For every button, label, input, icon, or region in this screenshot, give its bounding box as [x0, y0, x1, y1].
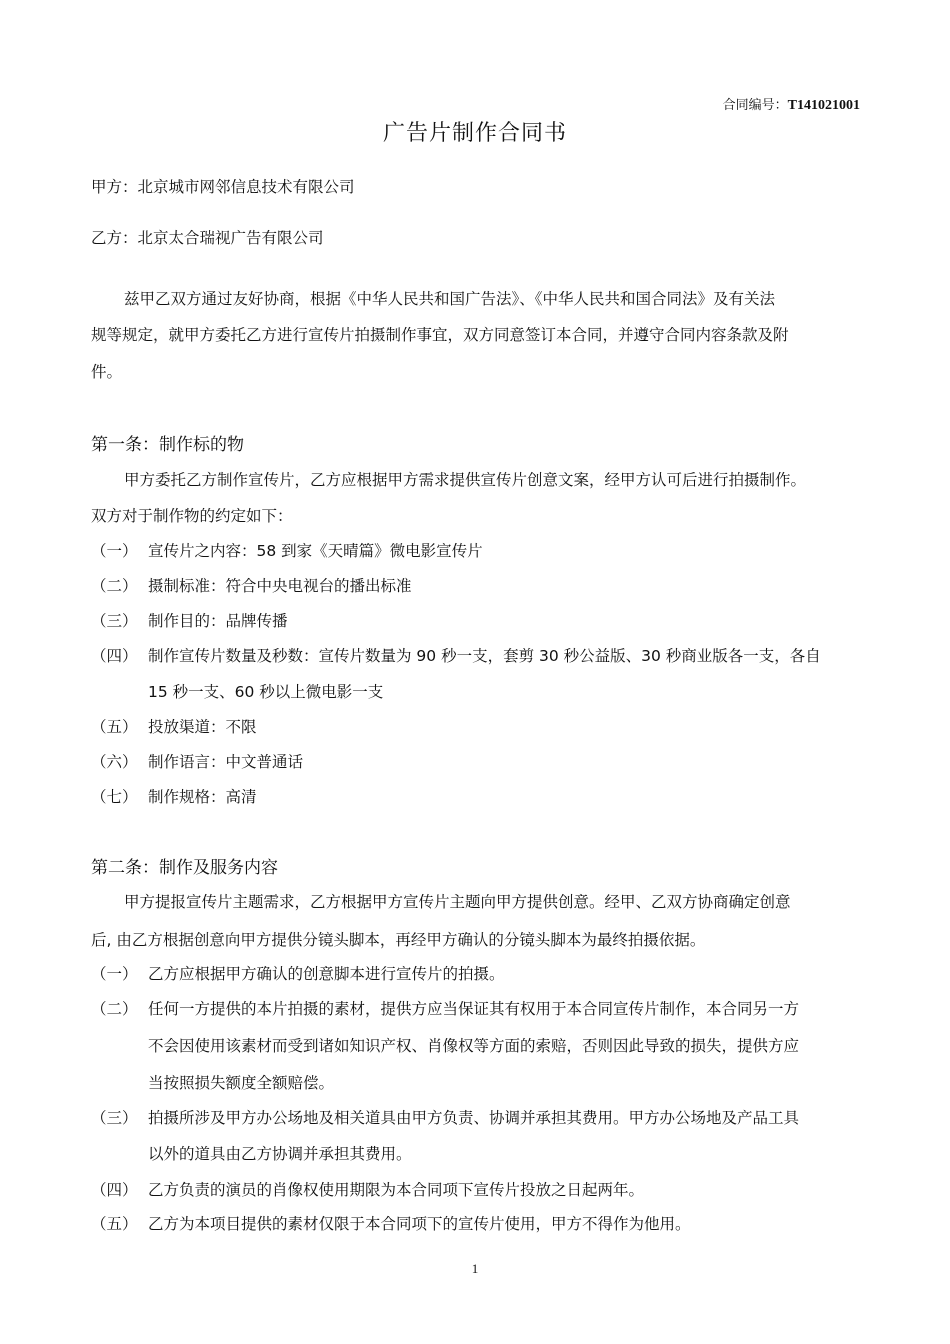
article-1-heading: 第一条：制作标的物	[91, 430, 244, 455]
item-continuation: 不会因使用该素材而受到诸如知识产权、肖像权等方面的索赔，否则因此导致的损失，提供…	[148, 1034, 799, 1056]
item-label: （五）	[91, 1212, 148, 1234]
document-page: 合同编号：T141021001 广告片制作合同书 甲方：北京城市网邻信息技术有限…	[0, 0, 950, 1344]
party-a: 甲方：北京城市网邻信息技术有限公司	[91, 175, 355, 197]
contract-number-label: 合同编号：	[723, 98, 788, 113]
document-title: 广告片制作合同书	[0, 116, 950, 147]
article-1-item: （五）投放渠道：不限	[91, 715, 257, 737]
article-2-intro-1: 甲方提报宣传片主题需求，乙方根据甲方宣传片主题向甲方提供创意。经甲、乙双方协商确…	[124, 890, 791, 912]
article-2-item: （二）任何一方提供的本片拍摄的素材，提供方应当保证其有权用于本合同宣传片制作，本…	[91, 997, 799, 1019]
item-label: （二）	[91, 997, 148, 1019]
article-2-item: （三）拍摄所涉及甲方办公场地及相关道具由甲方负责、协调并承担其费用。甲方办公场地…	[91, 1106, 799, 1128]
item-text: 乙方应根据甲方确认的创意脚本进行宣传片的拍摄。	[148, 965, 505, 983]
item-text: 宣传片之内容：58 到家《天晴篇》微电影宣传片	[148, 542, 483, 560]
article-2-item: （一）乙方应根据甲方确认的创意脚本进行宣传片的拍摄。	[91, 962, 505, 984]
item-label: （三）	[91, 1106, 148, 1128]
article-1-item: （二）摄制标准：符合中央电视台的播出标准	[91, 574, 412, 596]
item-label: （一）	[91, 539, 148, 561]
item-continuation: 当按照损失额度全额赔偿。	[148, 1071, 334, 1093]
item-text: 制作宣传片数量及秒数：宣传片数量为 90 秒一支，套剪 30 秒公益版、30 秒…	[148, 647, 821, 665]
contract-number-value: T141021001	[788, 98, 860, 113]
item-text: 拍摄所涉及甲方办公场地及相关道具由甲方负责、协调并承担其费用。甲方办公场地及产品…	[148, 1109, 799, 1127]
item-text: 乙方为本项目提供的素材仅限于本合同项下的宣传片使用，甲方不得作为他用。	[148, 1215, 691, 1233]
item-text: 制作规格：高清	[148, 788, 257, 806]
article-2-heading: 第二条：制作及服务内容	[91, 853, 278, 878]
item-text: 乙方负责的演员的肖像权使用期限为本合同项下宣传片投放之日起两年。	[148, 1181, 644, 1199]
item-text: 摄制标准：符合中央电视台的播出标准	[148, 577, 412, 595]
item-continuation: 15 秒一支、60 秒以上微电影一支	[148, 680, 383, 702]
item-label: （六）	[91, 750, 148, 772]
article-2-intro-2: 后, 由乙方根据创意向甲方提供分镜头脚本，再经甲方确认的分镜头脚本为最终拍摄依据…	[91, 928, 705, 950]
item-label: （一）	[91, 962, 148, 984]
item-label: （五）	[91, 715, 148, 737]
article-1-item: （一）宣传片之内容：58 到家《天晴篇》微电影宣传片	[91, 539, 483, 561]
item-continuation: 以外的道具由乙方协调并承担其费用。	[148, 1142, 412, 1164]
article-2-item: （五）乙方为本项目提供的素材仅限于本合同项下的宣传片使用，甲方不得作为他用。	[91, 1212, 691, 1234]
article-1-item: （四）制作宣传片数量及秒数：宣传片数量为 90 秒一支，套剪 30 秒公益版、3…	[91, 644, 821, 666]
contract-number: 合同编号：T141021001	[723, 94, 860, 114]
item-label: （二）	[91, 574, 148, 596]
article-1-item: （七）制作规格：高清	[91, 785, 257, 807]
item-label: （四）	[91, 1178, 148, 1200]
preamble-line-1: 兹甲乙双方通过友好协商，根据《中华人民共和国广告法》、《中华人民共和国合同法》及…	[124, 287, 775, 309]
article-1-intro-1: 甲方委托乙方制作宣传片，乙方应根据甲方需求提供宣传片创意文案，经甲方认可后进行拍…	[124, 468, 806, 490]
party-b: 乙方：北京太合瑞视广告有限公司	[91, 226, 324, 248]
article-1-item: （六）制作语言：中文普通话	[91, 750, 303, 772]
item-text: 制作目的：品牌传播	[148, 612, 288, 630]
article-2-item: （四）乙方负责的演员的肖像权使用期限为本合同项下宣传片投放之日起两年。	[91, 1178, 644, 1200]
item-text: 制作语言：中文普通话	[148, 753, 303, 771]
item-label: （七）	[91, 785, 148, 807]
item-text: 投放渠道：不限	[148, 718, 257, 736]
item-label: （四）	[91, 644, 148, 666]
article-1-item: （三）制作目的：品牌传播	[91, 609, 288, 631]
page-number: 1	[0, 1261, 950, 1277]
article-1-intro-2: 双方对于制作物的约定如下：	[91, 504, 293, 526]
item-label: （三）	[91, 609, 148, 631]
preamble-line-3: 件。	[91, 360, 122, 382]
preamble-line-2: 规等规定，就甲方委托乙方进行宣传片拍摄制作事宜，双方同意签订本合同，并遵守合同内…	[91, 323, 789, 345]
item-text: 任何一方提供的本片拍摄的素材，提供方应当保证其有权用于本合同宣传片制作，本合同另…	[148, 1000, 799, 1018]
